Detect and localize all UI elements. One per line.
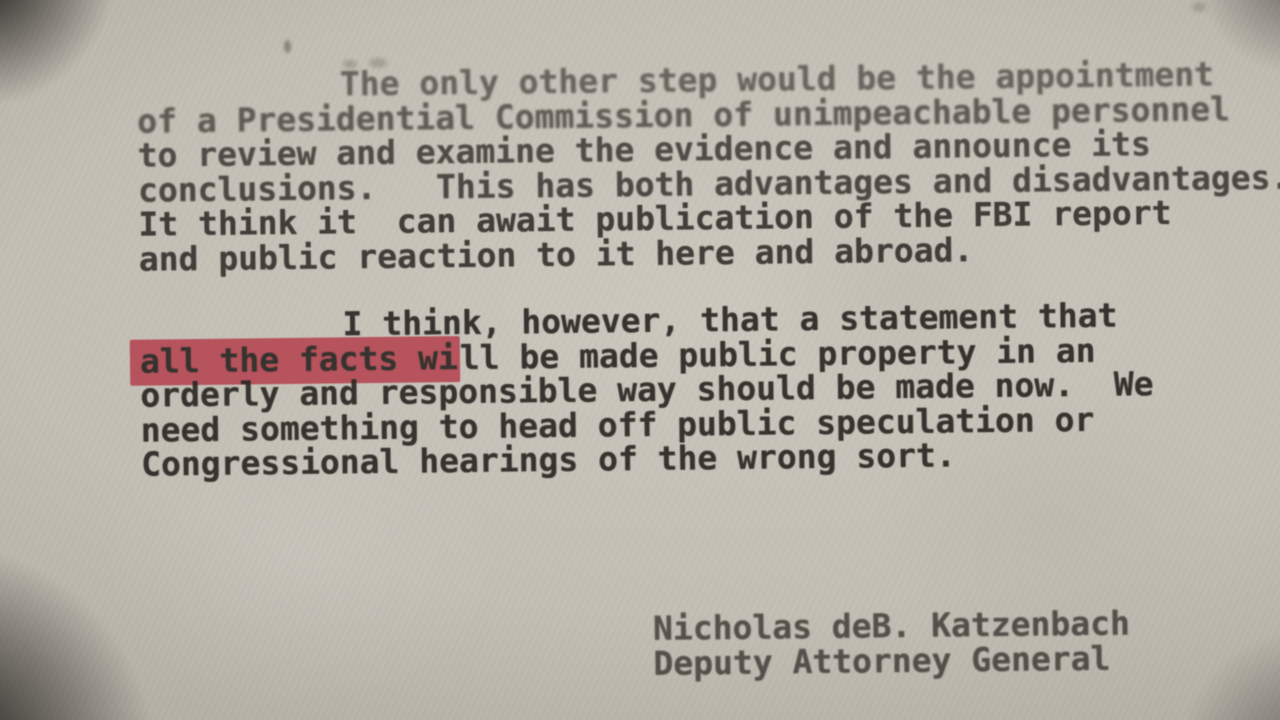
document-page: The only other step would be the appoint… bbox=[0, 0, 1280, 720]
paper-smudge bbox=[284, 40, 291, 53]
memo-paragraph-1: The only other step would be the appoint… bbox=[137, 56, 1280, 277]
paper-smudge bbox=[369, 58, 387, 68]
paper-smudge bbox=[1192, 2, 1206, 12]
memo-text-layer: The only other step would be the appoint… bbox=[0, 0, 1280, 720]
signature-block: Nicholas deB. Katzenbach Deputy Attorney… bbox=[653, 606, 1131, 681]
memo-paragraph-2: I think, however, that a statement that … bbox=[139, 296, 1280, 483]
signature-title: Deputy Attorney General bbox=[653, 641, 1130, 681]
paper-smudge bbox=[343, 60, 357, 68]
